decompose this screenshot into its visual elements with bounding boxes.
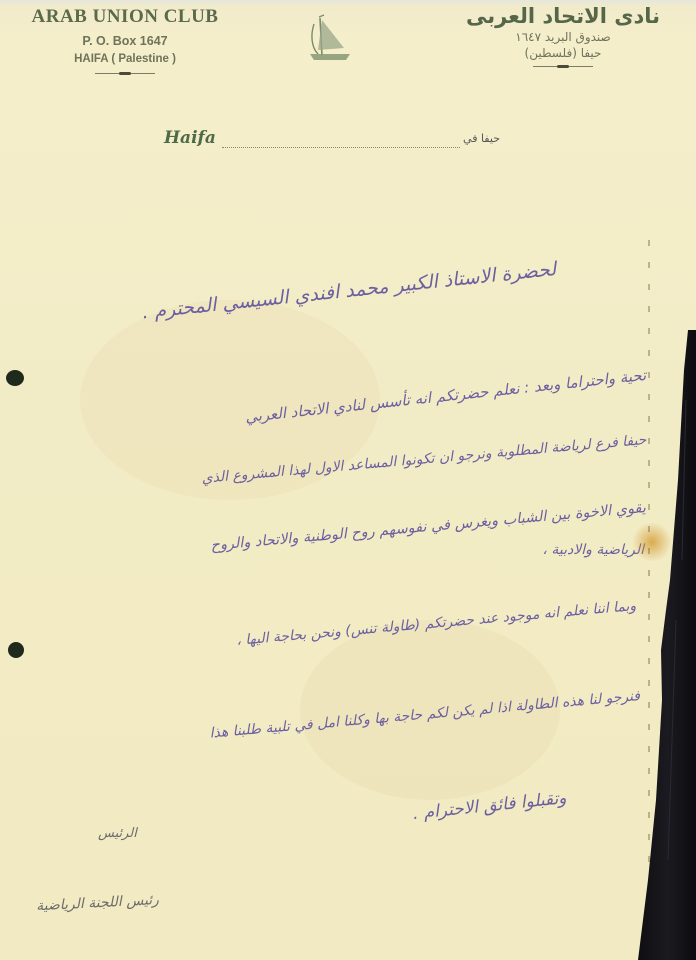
sailboat-icon	[304, 12, 356, 64]
po-box-english: P. O. Box 1647	[20, 34, 230, 48]
place-english: Haifa	[164, 128, 216, 148]
letterhead-divider	[533, 66, 593, 67]
ink-blot	[8, 642, 24, 658]
ink-blot	[6, 370, 24, 386]
dark-fabric-edge	[606, 0, 696, 960]
city-english: HAIFA ( Palestine )	[20, 53, 230, 65]
signature-president: الرئيس	[98, 826, 137, 841]
place-dotted-line	[222, 147, 460, 148]
club-name-english: ARAB UNION CLUB	[20, 6, 230, 28]
place-line: Haifa حيفا في	[160, 128, 500, 154]
place-arabic: حيفا في	[463, 132, 500, 145]
letterhead-english: ARAB UNION CLUB P. O. Box 1647 HAIFA ( P…	[20, 6, 230, 74]
letterhead-divider	[95, 73, 155, 74]
